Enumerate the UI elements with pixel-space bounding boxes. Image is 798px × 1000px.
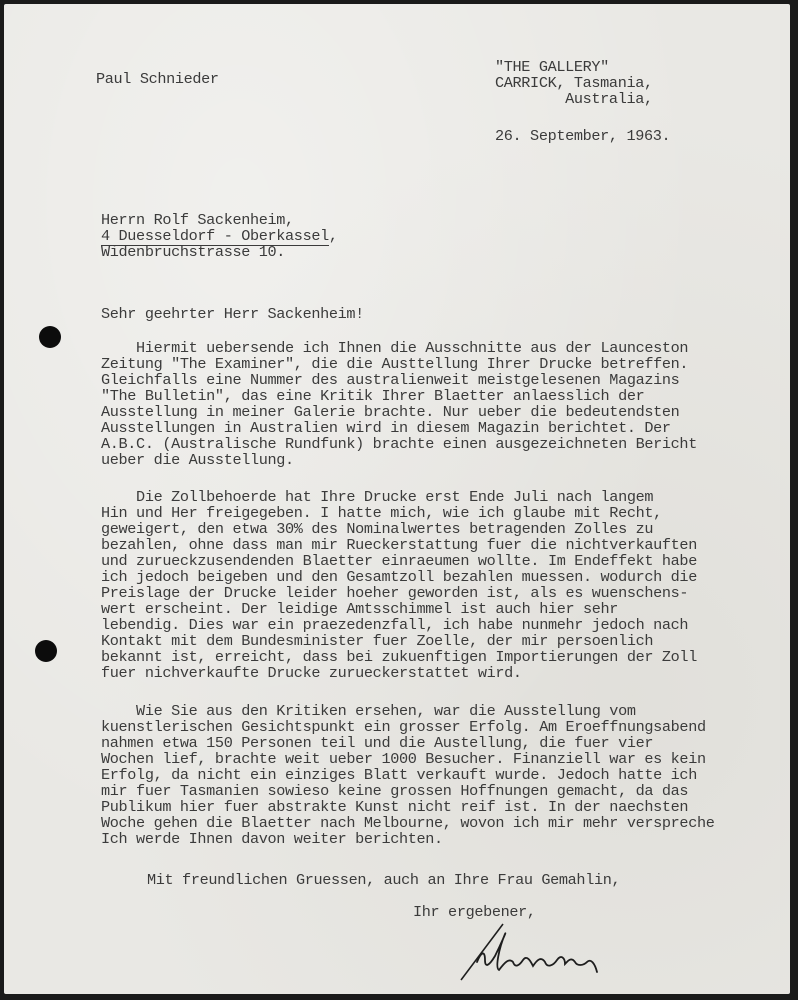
text-line: ich jedoch beigeben und den Gesamtzoll b… [101, 569, 697, 585]
text-line: bezahlen, ohne dass man mir Rueckerstatt… [101, 537, 697, 553]
text-line: Preislage der Drucke leider hoeher gewor… [101, 585, 688, 601]
text-line: Wochen lief, brachte weit ueber 1000 Bes… [101, 751, 706, 767]
punch-hole-bottom [35, 640, 57, 662]
recipient-line: Herrn Rolf Sackenheim, [101, 212, 294, 228]
text-line: lebendig. Dies war ein praezedenzfall, i… [101, 617, 688, 633]
sender-name: Paul Schnieder [96, 71, 219, 87]
text-line: und zurueckzusendenden Blaetter einraeum… [101, 553, 697, 569]
address-line: "THE GALLERY" [495, 59, 609, 75]
text-line: Ausstellung in meiner Galerie brachte. N… [101, 404, 679, 420]
text-line: Zeitung "The Examiner", die die Austtell… [101, 356, 688, 372]
text-line: mir fuer Tasmanien sowieso keine grossen… [101, 783, 688, 799]
recipient-line: Widenbruchstrasse 10. [101, 244, 285, 260]
valediction: Ihr ergebener, [413, 904, 536, 920]
text-line: "The Bulletin", das eine Kritik Ihrer Bl… [101, 388, 644, 404]
letter-page: Paul Schnieder "THE GALLERY" CARRICK, Ta… [4, 4, 790, 994]
text-line: A.B.C. (Australische Rundfunk) brachte e… [101, 436, 697, 452]
address-line: CARRICK, Tasmania, [495, 75, 653, 91]
text-line: ueber die Ausstellung. [101, 452, 294, 468]
text-line: Erfolg, da nicht ein einziges Blatt verk… [101, 767, 697, 783]
text-line: Kontakt mit dem Bundesminister fuer Zoel… [101, 633, 653, 649]
text-line: fuer nichverkaufte Drucke zurueckerstatt… [101, 665, 522, 681]
text-line: Wie Sie aus den Kritiken ersehen, war di… [101, 703, 636, 719]
text-line: bekannt ist, erreicht, dass bei zukuenft… [101, 649, 697, 665]
signature-icon [459, 922, 639, 984]
letter-date: 26. September, 1963. [495, 128, 670, 144]
text-line: Hiermit uebersende ich Ihnen die Ausschn… [101, 340, 688, 356]
address-line: Australia, [495, 91, 653, 107]
text-line: wert erscheint. Der leidige Amtsschimmel… [101, 601, 618, 617]
text-line: Gleichfalls eine Nummer des australienwe… [101, 372, 679, 388]
text-line: Die Zollbehoerde hat Ihre Drucke erst En… [101, 489, 653, 505]
closing: Mit freundlichen Gruessen, auch an Ihre … [147, 872, 620, 888]
text-line: geweigert, den etwa 30% des Nominalwerte… [101, 521, 653, 537]
text-line: Ausstellungen in Australien wird in dies… [101, 420, 671, 436]
text-line: kuenstlerischen Gesichtspunkt ein grosse… [101, 719, 706, 735]
text-line: Hin und Her freigegeben. I hatte mich, w… [101, 505, 662, 521]
text-line: Publikum hier fuer abstrakte Kunst nicht… [101, 799, 688, 815]
salutation: Sehr geehrter Herr Sackenheim! [101, 306, 364, 322]
text-line: nahmen etwa 150 Personen teil und die Au… [101, 735, 653, 751]
punch-hole-top [39, 326, 61, 348]
text-line: Woche gehen die Blaetter nach Melbourne,… [101, 815, 714, 831]
recipient-line: 4 Duesseldorf - Oberkassel, [101, 228, 338, 244]
text-line: Ich werde Ihnen davon weiter berichten. [101, 831, 443, 847]
